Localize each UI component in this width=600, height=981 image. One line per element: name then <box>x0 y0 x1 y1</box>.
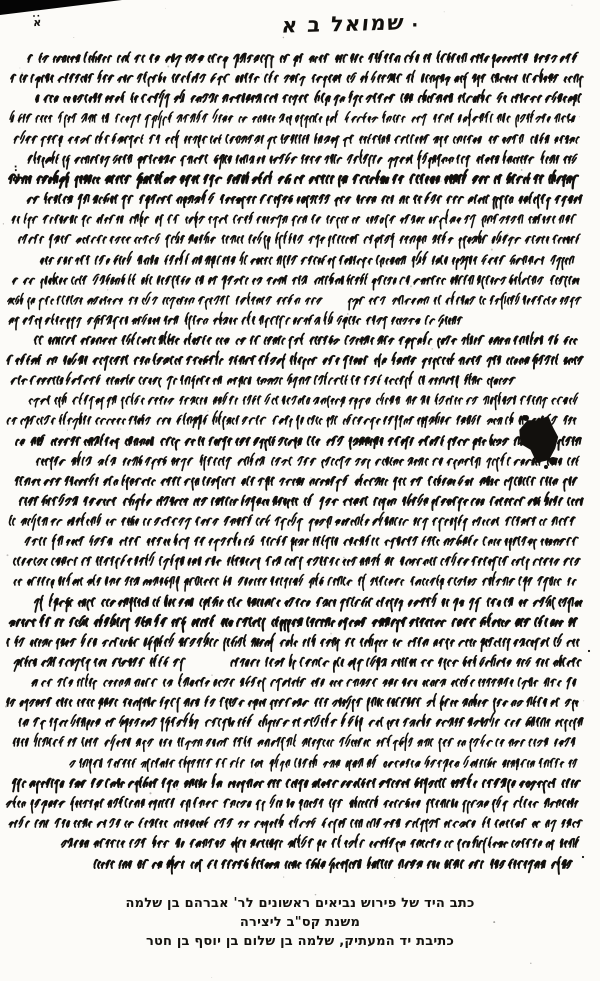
manuscript-line-33 <box>19 713 583 732</box>
manuscript-line-3 <box>10 109 575 127</box>
manuscript-line-6 <box>9 170 578 189</box>
manuscript-line-17 <box>29 393 578 410</box>
manuscript-line-23 <box>10 512 576 531</box>
margin-dot-1 <box>588 650 590 652</box>
caption-line-year: משנת קס"ב ליצירה <box>0 913 600 932</box>
manuscript-line-1 <box>11 69 583 88</box>
manuscript-line-38 <box>9 815 582 833</box>
manuscript-line-12 <box>8 292 581 310</box>
manuscript-page: שמואל ב א · ·· א ׃ א כתב היד של פירוש נב… <box>0 0 600 981</box>
manuscript-line-32 <box>7 694 578 712</box>
manuscript-line-18 <box>7 411 576 429</box>
printed-caption: כתב היד של פירוש נביאים ראשונים לר' אברה… <box>0 894 600 951</box>
manuscript-line-28 <box>10 614 577 632</box>
manuscript-line-31 <box>32 674 576 691</box>
manuscript-line-13 <box>9 312 462 330</box>
manuscript-line-30 <box>14 655 581 672</box>
manuscript-line-34 <box>13 733 575 751</box>
ink-blot-satellite-2 <box>544 465 548 469</box>
manuscript-line-19 <box>16 434 581 450</box>
manuscript-line-0 <box>28 51 578 68</box>
manuscript-line-7 <box>28 190 583 209</box>
handwritten-text-block <box>0 0 600 981</box>
manuscript-line-40 <box>94 856 572 874</box>
manuscript-line-37 <box>7 795 578 813</box>
scan-noise <box>3 5 584 978</box>
manuscript-line-27 <box>35 594 582 612</box>
manuscript-line-20 <box>37 452 579 471</box>
ink-blot-satellite-1 <box>523 415 529 421</box>
manuscript-line-11 <box>13 272 579 289</box>
manuscript-line-10 <box>41 251 575 270</box>
caption-line-scribe: כתיבת יד המעתיק, שלמה בן שלום בן יוסף בן… <box>0 932 600 951</box>
manuscript-line-26 <box>14 572 576 591</box>
manuscript-line-8 <box>12 210 576 229</box>
manuscript-line-25 <box>14 552 580 570</box>
manuscript-line-21 <box>16 474 578 491</box>
manuscript-line-2 <box>36 90 581 107</box>
manuscript-line-22 <box>20 492 583 510</box>
manuscript-line-16 <box>11 372 515 389</box>
manuscript-line-4 <box>14 131 579 149</box>
manuscript-line-29 <box>7 633 579 652</box>
margin-dot-2 <box>569 119 571 121</box>
manuscript-line-9 <box>19 231 580 249</box>
manuscript-line-35 <box>70 754 577 773</box>
manuscript-line-39 <box>62 834 579 852</box>
manuscript-line-15 <box>7 351 583 370</box>
ink-blot-satellite-0 <box>549 457 557 465</box>
manuscript-line-36 <box>13 774 580 793</box>
manuscript-line-5 <box>28 150 577 169</box>
manuscript-line-24 <box>25 533 578 551</box>
margin-dot-0 <box>582 856 584 858</box>
manuscript-line-14 <box>35 332 577 349</box>
caption-line-title: כתב היד של פירוש נביאים ראשונים לר' אברה… <box>0 894 600 913</box>
